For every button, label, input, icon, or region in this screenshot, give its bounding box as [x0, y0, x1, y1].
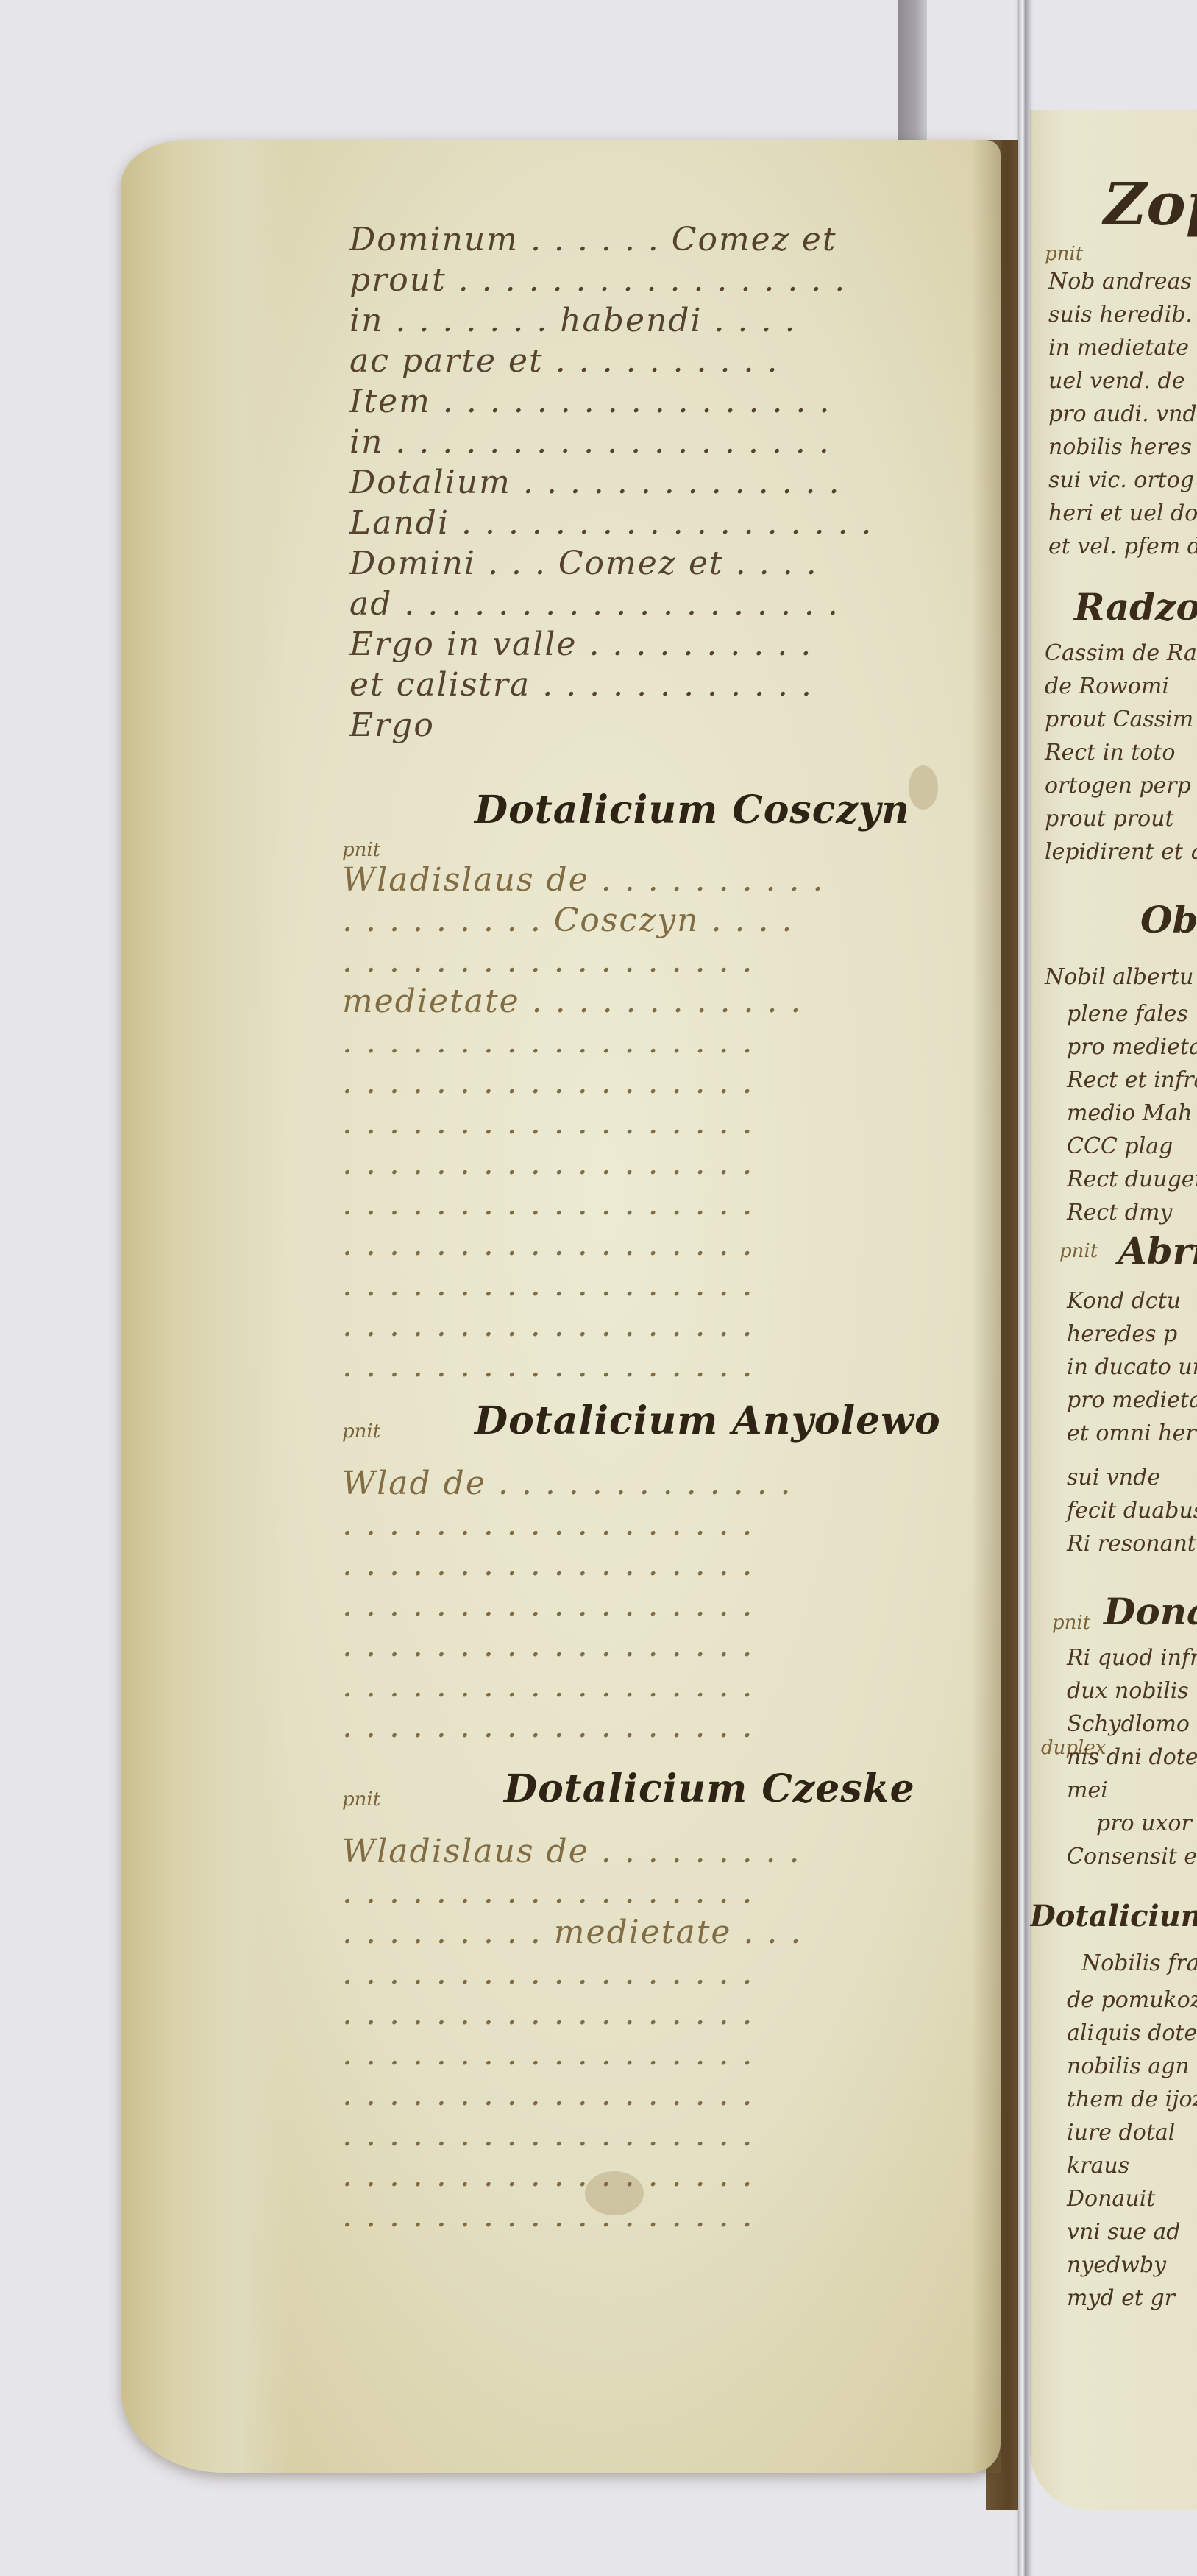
right-page: Zop pnit Nob andreas suis heredib. p in … — [1030, 110, 1197, 2510]
section-2-line: . . . . . . . . . . . . . . . . . . — [342, 1064, 754, 1101]
section-4-line: . . . . . . . . . . . . . . . . . . — [342, 2156, 754, 2194]
section-4-line: . . . . . . . . . . . . . . . . . . — [342, 2076, 754, 2113]
right-line: et omni heredis — [1067, 1420, 1197, 1446]
right-heading-3: Oblig — [1140, 898, 1197, 941]
right-line: nobilis heres — [1048, 434, 1192, 460]
right-line: iure dotal — [1067, 2120, 1175, 2145]
section-1-line: Landi . . . . . . . . . . . . . . . . . … — [349, 504, 873, 542]
right-line: de pomukozy — [1067, 1987, 1197, 2013]
glass-page-holder — [1018, 0, 1030, 2576]
section-heading-anyolewo: Dotalicium Anyolewo — [475, 1398, 941, 1443]
right-line: Nobil albertu — [1045, 964, 1193, 990]
right-heading-5: Donacio — [1104, 1590, 1197, 1633]
right-margin-note-3: pnit — [1052, 1612, 1090, 1634]
section-2-line: medietate . . . . . . . . . . . . — [342, 983, 802, 1020]
section-3-line: . . . . . . . . . . . . . . . . . . — [342, 1505, 754, 1543]
section-4-line: . . . . . . . . . . . . . . . . . . — [342, 2035, 754, 2073]
section-4-line: . . . . . . . . . medietate . . . — [342, 1914, 802, 1951]
right-line: pro audi. vnde — [1048, 401, 1197, 427]
binding-shadow — [898, 0, 927, 140]
right-line: Donauit — [1067, 2186, 1155, 2212]
left-page: Dominum . . . . . . Comez et prout . . .… — [121, 140, 1001, 2473]
right-line: lepidirent et q — [1045, 839, 1197, 865]
section-3-line: . . . . . . . . . . . . . . . . . . — [342, 1627, 754, 1664]
section-3-line: . . . . . . . . . . . . . . . . . . — [342, 1586, 754, 1624]
section-1-line: Ergo — [349, 707, 435, 744]
right-line: nyedwby — [1067, 2252, 1166, 2278]
right-line: Rect in toto — [1045, 740, 1175, 765]
section-2-line: Wladislaus de . . . . . . . . . . — [342, 861, 825, 899]
right-heading-4: Abrin — [1118, 1229, 1197, 1273]
right-line: vni sue ad — [1067, 2219, 1181, 2245]
right-line: uel vend. de — [1048, 368, 1184, 394]
section-2-line: . . . . . . . . . . . . . . . . . . — [342, 1185, 754, 1222]
right-margin-note-1: pnit — [1045, 243, 1083, 265]
right-line: Rect duugen — [1067, 1167, 1197, 1192]
section-4-line: . . . . . . . . . . . . . . . . . . — [342, 1995, 754, 2032]
right-heading-1: Zop — [1104, 169, 1197, 238]
right-line: nobilis agn — [1067, 2053, 1190, 2079]
right-line: sui vnde — [1067, 1465, 1160, 1490]
section-3-line: . . . . . . . . . . . . . . . . . . — [342, 1708, 754, 1745]
right-line: heredes p — [1067, 1321, 1177, 1347]
section-2-line: . . . . . . . . . . . . . . . . . . — [342, 1023, 754, 1061]
section-1-line: in . . . . . . . . . . . . . . . . . . . — [349, 423, 831, 461]
right-line: kraus — [1067, 2153, 1129, 2179]
right-line: them de ijoz — [1067, 2087, 1197, 2112]
right-line: Rect dmy — [1067, 1200, 1172, 1225]
margin-note: pnit — [342, 1788, 380, 1811]
right-line: Ri resonant — [1067, 1531, 1196, 1557]
section-1-line: et calistra . . . . . . . . . . . . — [349, 666, 813, 704]
section-1-line: Domini . . . Comez et . . . . — [349, 545, 818, 582]
section-2-line: . . . . . . . . . . . . . . . . . . — [342, 942, 754, 980]
section-1-line: Ergo in valle . . . . . . . . . . — [349, 626, 812, 663]
right-line: in ducato und — [1067, 1354, 1197, 1380]
section-1-line: Dominum . . . . . . Comez et — [349, 221, 837, 258]
section-1-line: prout . . . . . . . . . . . . . . . . . — [349, 261, 846, 299]
section-2-line: . . . . . . . . . . . . . . . . . . — [342, 1306, 754, 1344]
section-2-line: . . . . . . . . . . . . . . . . . . — [342, 1104, 754, 1142]
section-4-line: . . . . . . . . . . . . . . . . . . — [342, 2197, 754, 2234]
section-2-line: . . . . . . . . . Cosczyn . . . . — [342, 902, 793, 939]
right-line: dux nobilis — [1067, 1678, 1189, 1704]
section-1-line: ac parte et . . . . . . . . . . — [349, 342, 778, 380]
margin-note: pnit — [342, 1420, 380, 1443]
right-line: pro medietate — [1067, 1387, 1197, 1413]
section-2-line: . . . . . . . . . . . . . . . . . . — [342, 1144, 754, 1182]
section-1-line: ad . . . . . . . . . . . . . . . . . . . — [349, 585, 839, 623]
section-3-line: Wlad de . . . . . . . . . . . . . — [342, 1465, 792, 1502]
section-heading-czeske: Dotalicium Czeske — [504, 1766, 915, 1811]
right-line: mei — [1067, 1777, 1108, 1803]
right-line: Nobilis frach — [1081, 1950, 1197, 1976]
right-line: Ri quod infra — [1067, 1645, 1197, 1671]
right-line: Kond dctu — [1067, 1288, 1181, 1314]
right-line: et vel. pfem dot — [1048, 534, 1197, 559]
right-line: suis heredib. p — [1048, 302, 1197, 328]
section-2-line: . . . . . . . . . . . . . . . . . . — [342, 1347, 754, 1384]
section-4-line: Wladislaus de . . . . . . . . . — [342, 1833, 801, 1870]
right-line: Schydlomo — [1067, 1711, 1190, 1737]
right-line: CCC plag — [1067, 1133, 1173, 1159]
right-line: heri et uel dot — [1048, 500, 1197, 526]
section-4-line: . . . . . . . . . . . . . . . . . . — [342, 1954, 754, 1992]
right-line: Cassim de Rad — [1045, 640, 1197, 666]
section-3-line: . . . . . . . . . . . . . . . . . . — [342, 1667, 754, 1705]
right-line: Rect et infra — [1067, 1067, 1197, 1093]
right-line: myd et gr — [1067, 2285, 1175, 2311]
right-line: sui vic. ortog — [1048, 467, 1194, 493]
section-heading-cosczyn: Dotalicium Cosczyn — [475, 788, 910, 832]
section-1-line: Item . . . . . . . . . . . . . . . . . — [349, 383, 831, 420]
section-4-line: . . . . . . . . . . . . . . . . . . — [342, 1873, 754, 1911]
section-2-line: . . . . . . . . . . . . . . . . . . — [342, 1225, 754, 1263]
right-line: fecit duabus — [1067, 1498, 1197, 1524]
right-line: medio Mah — [1067, 1100, 1193, 1126]
right-line: nis dni dote — [1067, 1744, 1197, 1770]
section-1-line: in . . . . . . . habendi . . . . — [349, 302, 796, 339]
right-line: Nob andreas — [1048, 269, 1192, 294]
right-line: prout prout — [1045, 806, 1174, 832]
right-line: pro medietate — [1067, 1034, 1197, 1060]
section-1-line: Dotalium . . . . . . . . . . . . . . — [349, 464, 841, 501]
ink-stain — [909, 765, 938, 810]
right-line: Consensit et — [1067, 1844, 1197, 1869]
right-margin-note-2: pnit — [1059, 1240, 1098, 1262]
right-line: ortogen perp — [1045, 773, 1191, 799]
right-line: aliquis dote — [1067, 2020, 1197, 2046]
margin-note: pnit — [342, 839, 380, 861]
right-heading-6: Dotalicium Donacio — [1030, 1899, 1197, 1933]
section-4-line: . . . . . . . . . . . . . . . . . . — [342, 2116, 754, 2154]
section-2-line: . . . . . . . . . . . . . . . . . . — [342, 1266, 754, 1303]
right-line: de Rowomi — [1045, 673, 1169, 699]
right-line: prout Cassim — [1045, 707, 1193, 732]
section-3-line: . . . . . . . . . . . . . . . . . . — [342, 1546, 754, 1583]
right-heading-2: Radzom — [1074, 585, 1197, 629]
right-line: pro uxor — [1096, 1811, 1192, 1836]
right-line: in medietate — [1048, 335, 1189, 361]
right-line: plene fales — [1067, 1001, 1188, 1027]
